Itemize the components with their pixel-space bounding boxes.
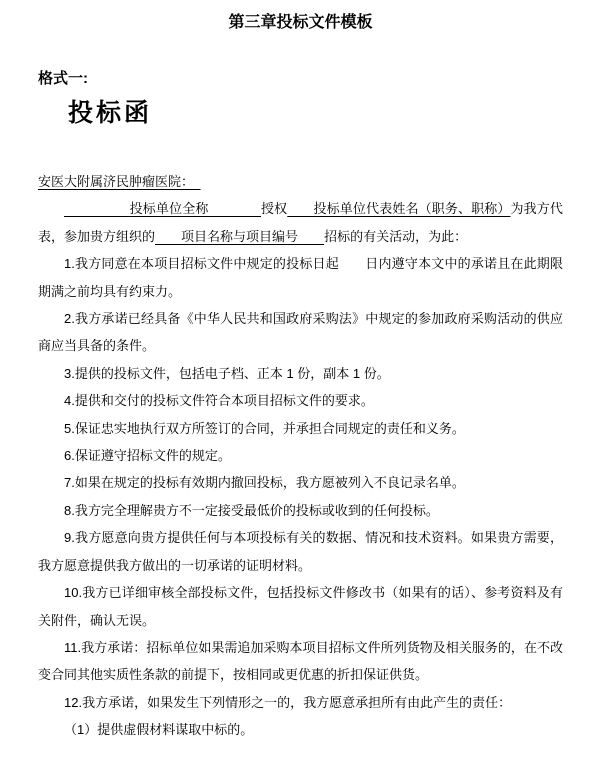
list-item: 12.我方承诺，如果发生下列情形之一的，我方愿意承担所有由此产生的责任： — [38, 689, 563, 716]
fill-in-blank: 投标单位全称 — [130, 201, 209, 216]
fill-in-blank — [155, 229, 181, 244]
letter-body: 安医大附属济民肿瘤医院： 投标单位全称 授权 投标单位代表姓名（职务、职称）为我… — [38, 168, 563, 744]
fill-in-blank — [287, 201, 313, 216]
fill-in-blank: 项目名称与项目编号 — [181, 229, 298, 244]
items-container: 1.我方同意在本项目招标文件中规定的投标日起 日内遵守本文中的承诺且在此期限期满… — [38, 250, 563, 716]
intro-paragraph: 投标单位全称 授权 投标单位代表姓名（职务、职称）为我方代表，参加贵方组织的 项… — [38, 195, 563, 250]
list-item: 6.保证遵守招标文件的规定。 — [38, 442, 563, 469]
letter-title: 投标函 — [68, 99, 563, 127]
list-item: 8.我方完全理解贵方不一定接受最低价的投标或收到的任何投标。 — [38, 497, 563, 524]
fill-in-blank — [64, 201, 130, 216]
list-item: 5.保证忠实地执行双方所签订的合同，并承担合同规定的责任和义务。 — [38, 415, 563, 442]
list-item: 2.我方承诺已经具备《中华人民共和国政府采购法》中规定的参加政府采购活动的供应商… — [38, 305, 563, 360]
list-item: 7.如果在规定的投标有效期内撤回投标，我方愿被列入不良记录名单。 — [38, 469, 563, 496]
fill-in-blank: 投标单位代表姓名（职务、职称） — [314, 201, 511, 216]
salutation: 安医大附属济民肿瘤医院： — [38, 168, 563, 195]
list-item: 4.提供和交付的投标文件符合本项目招标文件的要求。 — [38, 387, 563, 414]
format-label: 格式一: — [38, 70, 563, 88]
intro-text: 招标的有关活动，为此： — [324, 229, 467, 244]
list-item: 9.我方愿意向贵方提供任何与本项投标有关的数据、情况和技术资料。如果贵方需要，我… — [38, 524, 563, 579]
fill-in-blank — [208, 201, 261, 216]
list-item: 3.提供的投标文件，包括电子档、正本 1 份，副本 1 份。 — [38, 360, 563, 387]
salutation-text: 安医大附属济民肿瘤医院： — [38, 174, 201, 189]
chapter-title: 第三章投标文件模板 — [38, 13, 563, 33]
intro-text: 授权 — [261, 201, 287, 216]
fill-in-blank — [298, 229, 324, 244]
document-page: 第三章投标文件模板 格式一: 投标函 安医大附属济民肿瘤医院： 投标单位全称 授… — [0, 0, 603, 769]
list-item: 10.我方已详细审核全部投标文件，包括投标文件修改书（如果有的话）、参考资料及有… — [38, 579, 563, 634]
list-item: 1.我方同意在本项目招标文件中规定的投标日起 日内遵守本文中的承诺且在此期限期满… — [38, 250, 563, 305]
list-item: 11.我方承诺：招标单位如果需追加采购本项目招标文件所列货物及相关服务的，在不改… — [38, 634, 563, 689]
sub-item: （1）提供虚假材料谋取中标的。 — [38, 716, 563, 743]
